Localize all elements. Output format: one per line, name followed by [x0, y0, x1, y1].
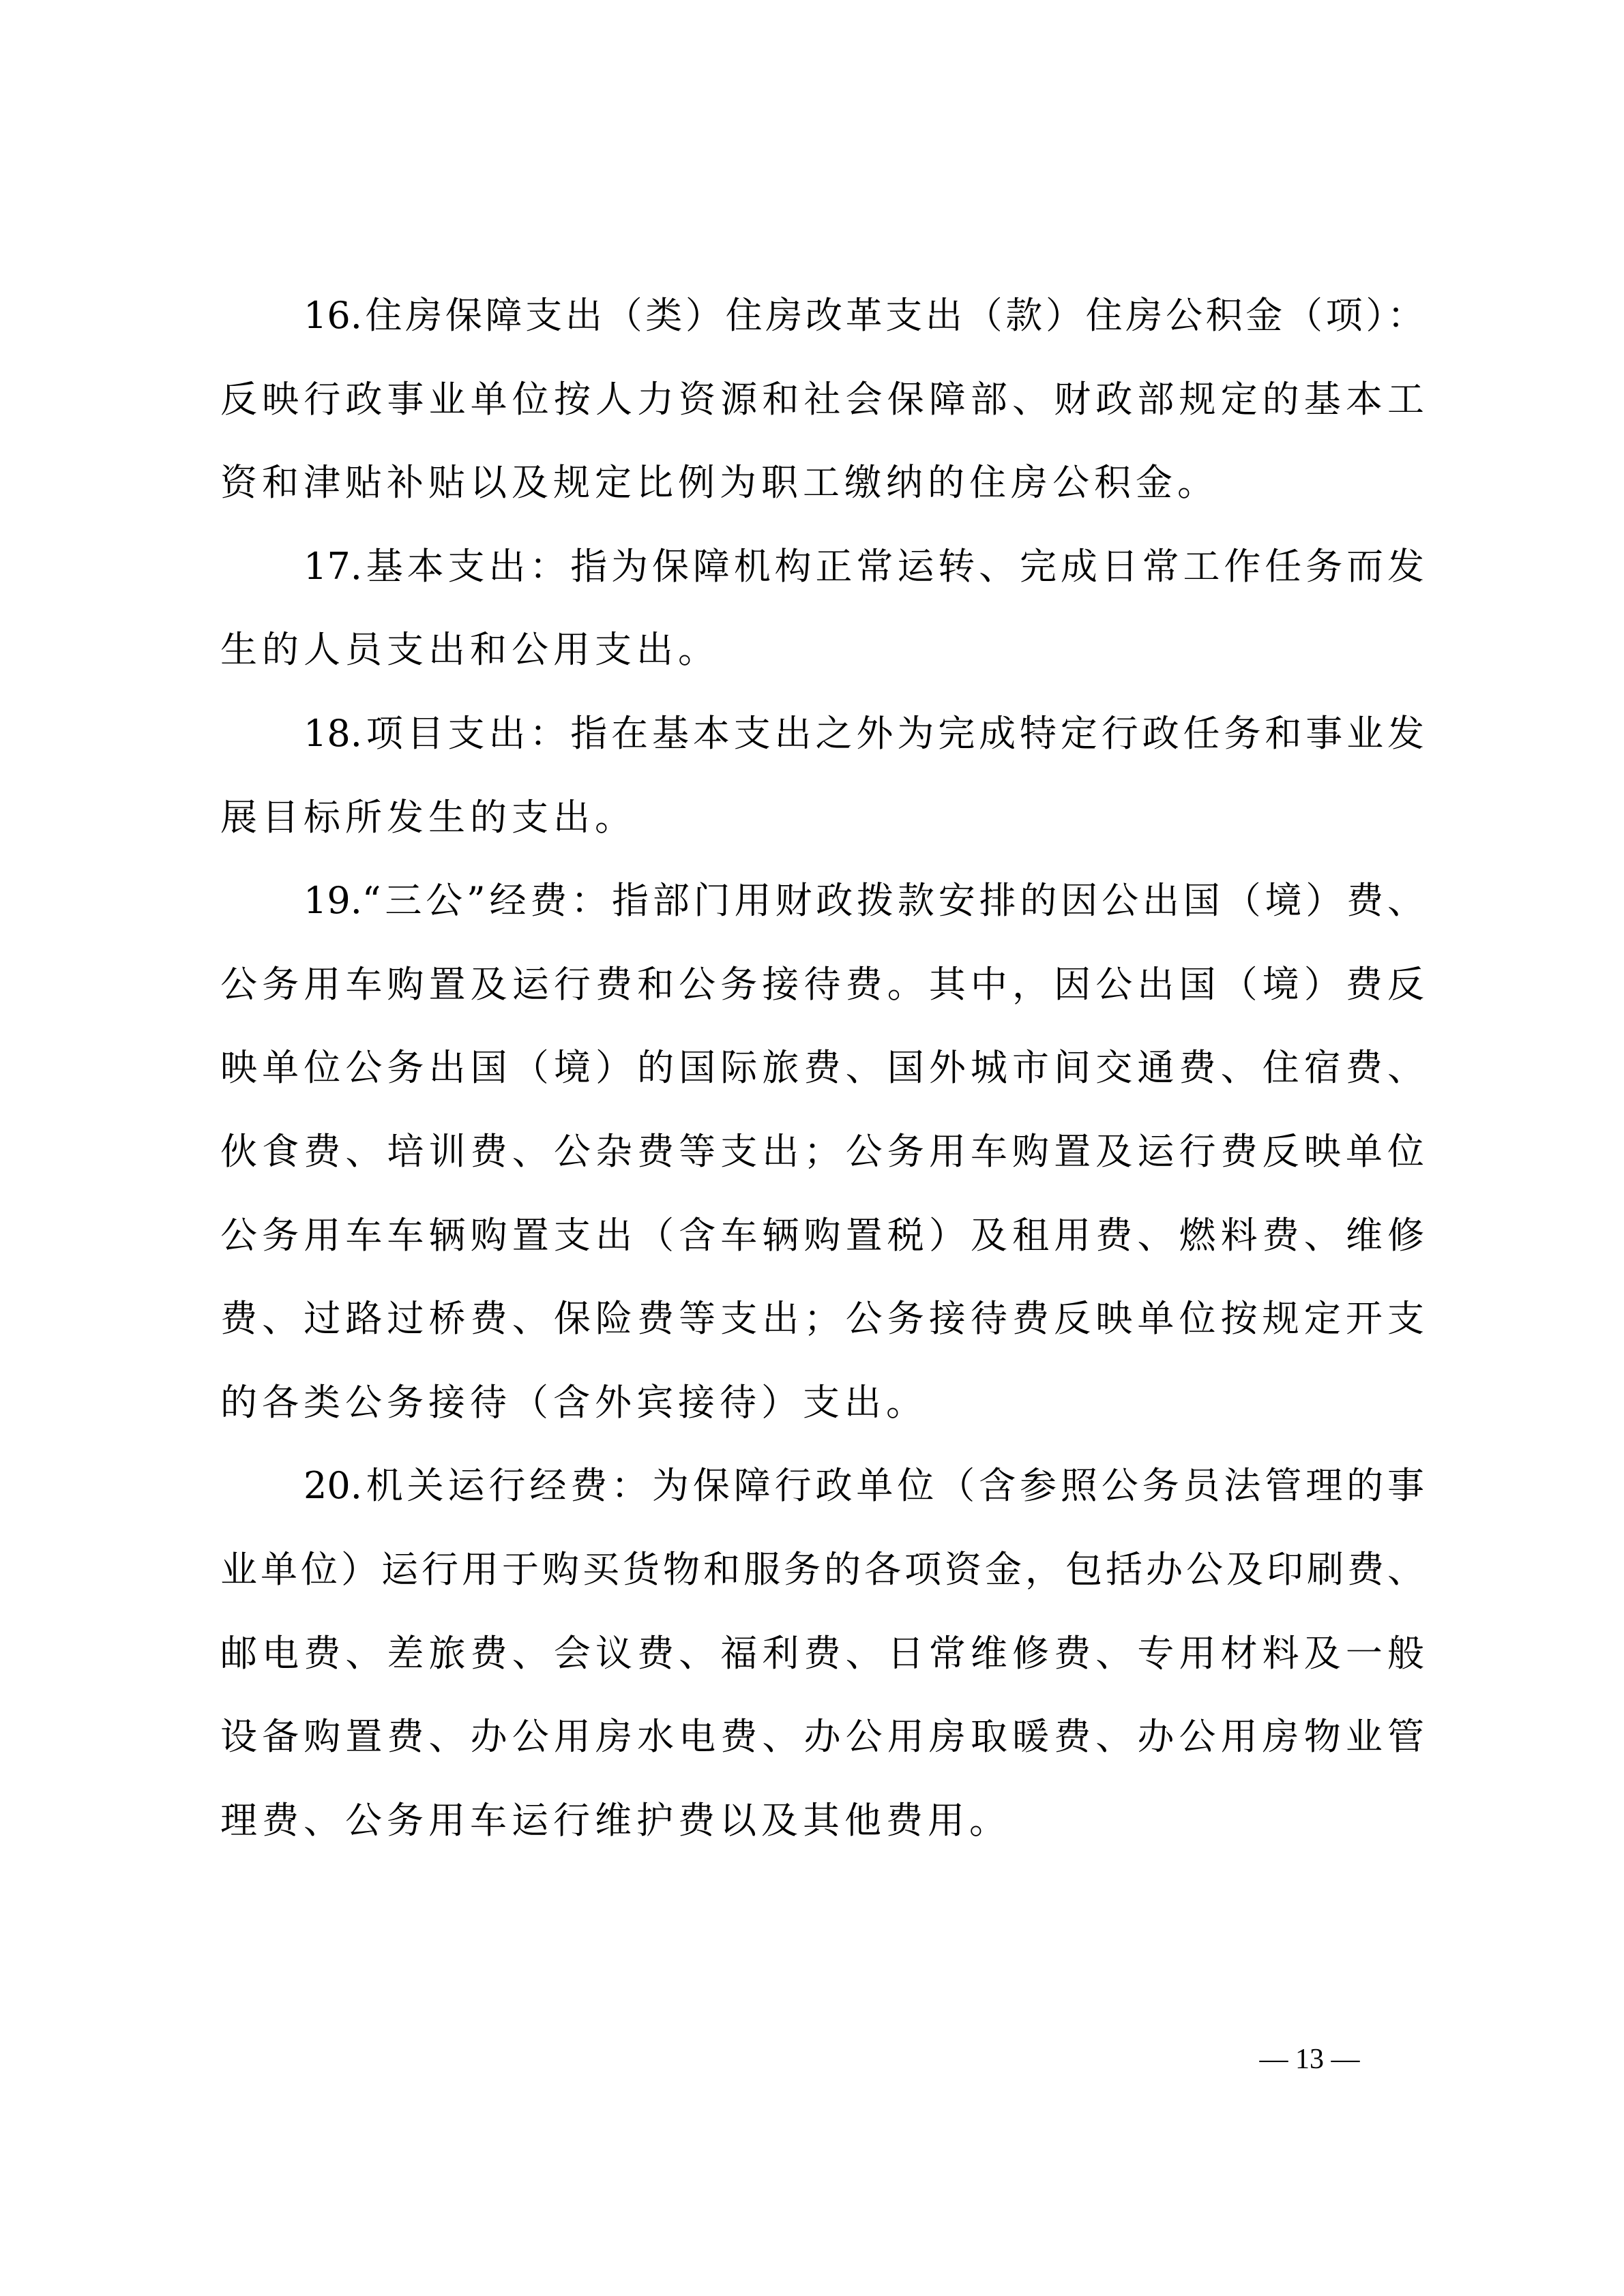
- paragraph-line: 理费、公务用车运行维护费以及其他费用。: [220, 1779, 1424, 1863]
- paragraph-line: 16.住房保障支出（类）住房改革支出（款）住房公积金（项）：: [220, 274, 1424, 358]
- paragraph-line: 伙食费、培训费、公杂费等支出；公务用车购置及运行费反映单位: [220, 1110, 1424, 1194]
- page-number: — 13 —: [1241, 2039, 1378, 2080]
- paragraph-line: 设备购置费、办公用房水电费、办公用房取暖费、办公用房物业管: [220, 1695, 1424, 1779]
- paragraph-line: 19.“三公”经费：指部门用财政拨款安排的因公出国（境）费、: [220, 859, 1424, 943]
- paragraph-line: 费、过路过桥费、保险费等支出；公务接待费反映单位按规定开支: [220, 1277, 1424, 1361]
- paragraph-line: 公务用车购置及运行费和公务接待费。其中，因公出国（境）费反: [220, 943, 1424, 1027]
- paragraph-17: 17.基本支出：指为保障机构正常运转、完成日常工作任务而发 生的人员支出和公用支…: [220, 525, 1424, 692]
- document-page: 16.住房保障支出（类）住房改革支出（款）住房公积金（项）： 反映行政事业单位按…: [0, 0, 1624, 2296]
- paragraph-line: 17.基本支出：指为保障机构正常运转、完成日常工作任务而发: [220, 525, 1424, 609]
- paragraph-line: 展目标所发生的支出。: [220, 776, 1424, 860]
- paragraph-line: 公务用车车辆购置支出（含车辆购置税）及租用费、燃料费、维修: [220, 1194, 1424, 1278]
- paragraph-19: 19.“三公”经费：指部门用财政拨款安排的因公出国（境）费、 公务用车购置及运行…: [220, 859, 1424, 1444]
- paragraph-line: 生的人员支出和公用支出。: [220, 608, 1424, 692]
- body-text: 16.住房保障支出（类）住房改革支出（款）住房公积金（项）： 反映行政事业单位按…: [220, 274, 1424, 1862]
- paragraph-line: 的各类公务接待（含外宾接待）支出。: [220, 1361, 1424, 1445]
- paragraph-line: 资和津贴补贴以及规定比例为职工缴纳的住房公积金。: [220, 441, 1424, 525]
- paragraph-line: 20.机关运行经费：为保障行政单位（含参照公务员法管理的事: [220, 1444, 1424, 1528]
- paragraph-16: 16.住房保障支出（类）住房改革支出（款）住房公积金（项）： 反映行政事业单位按…: [220, 274, 1424, 525]
- paragraph-line: 映单位公务出国（境）的国际旅费、国外城市间交通费、住宿费、: [220, 1026, 1424, 1110]
- paragraph-line: 18.项目支出：指在基本支出之外为完成特定行政任务和事业发: [220, 692, 1424, 776]
- paragraph-20: 20.机关运行经费：为保障行政单位（含参照公务员法管理的事 业单位）运行用于购买…: [220, 1444, 1424, 1862]
- paragraph-18: 18.项目支出：指在基本支出之外为完成特定行政任务和事业发 展目标所发生的支出。: [220, 692, 1424, 859]
- paragraph-line: 邮电费、差旅费、会议费、福利费、日常维修费、专用材料及一般: [220, 1612, 1424, 1696]
- paragraph-line: 业单位）运行用于购买货物和服务的各项资金，包括办公及印刷费、: [220, 1528, 1424, 1612]
- paragraph-line: 反映行政事业单位按人力资源和社会保障部、财政部规定的基本工: [220, 358, 1424, 442]
